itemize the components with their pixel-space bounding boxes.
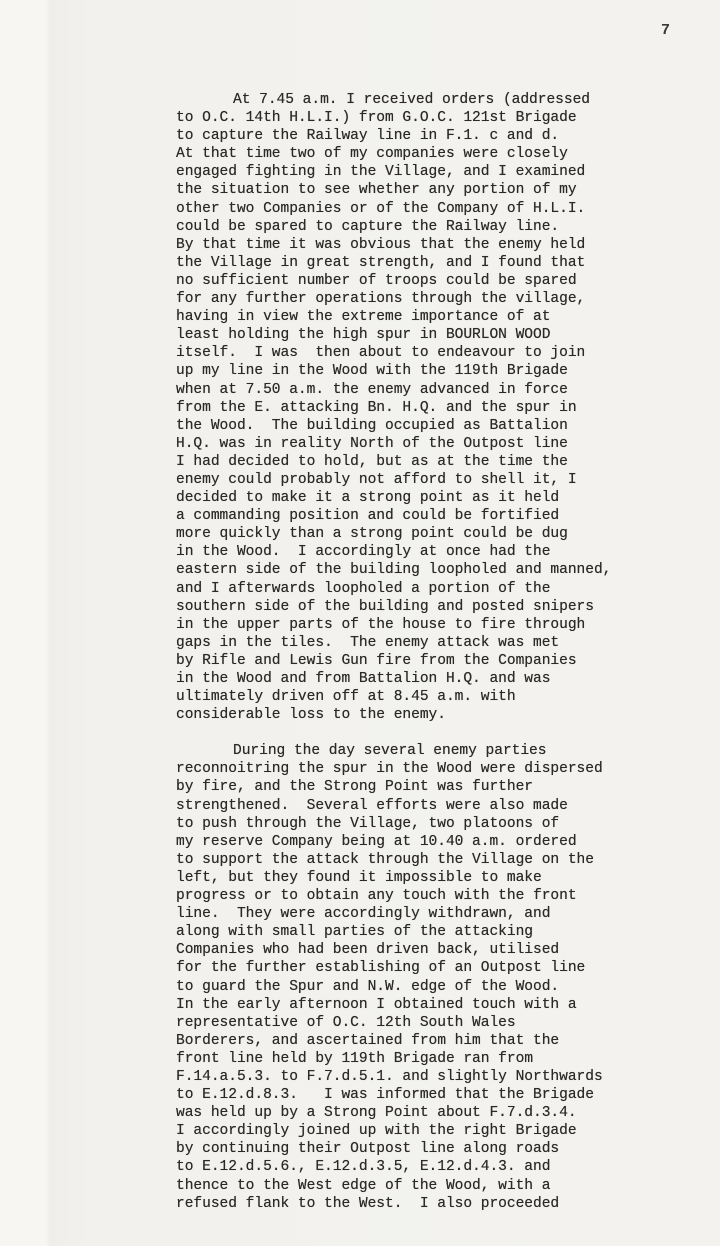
text-line: enemy could probably not afford to shell… (176, 471, 720, 489)
text-line: decided to make it a strong point as it … (176, 489, 720, 507)
text-line: to E.12.d.5.6., E.12.d.3.5, E.12.d.4.3. … (176, 1158, 720, 1176)
text-line: other two Companies or of the Company of… (176, 200, 720, 218)
text-line: a commanding position and could be forti… (176, 507, 720, 525)
document-page: 7 At 7.45 a.m. I received orders (addres… (0, 0, 720, 1246)
text-line: was held up by a Strong Point about F.7.… (176, 1104, 720, 1122)
text-line: by Rifle and Lewis Gun fire from the Com… (176, 652, 720, 670)
text-line: line. They were accordingly withdrawn, a… (176, 905, 720, 923)
paragraph-day-operations: During the day several enemy partiesreco… (176, 742, 720, 1212)
text-line: At that time two of my companies were cl… (176, 145, 720, 163)
text-line: in the Wood and from Battalion H.Q. and … (176, 670, 720, 688)
text-line: the Village in great strength, and I fou… (176, 254, 720, 272)
text-line: to push through the Village, two platoon… (176, 815, 720, 833)
text-line: could be spared to capture the Railway l… (176, 218, 720, 236)
text-line: southern side of the building and posted… (176, 598, 720, 616)
text-line: in the upper parts of the house to fire … (176, 616, 720, 634)
text-line: the situation to see whether any portion… (176, 181, 720, 199)
text-line: During the day several enemy parties (176, 742, 720, 760)
text-line: I had decided to hold, but as at the tim… (176, 453, 720, 471)
text-line: I accordingly joined up with the right B… (176, 1122, 720, 1140)
text-line: to capture the Railway line in F.1. c an… (176, 127, 720, 145)
text-line: left, but they found it impossible to ma… (176, 869, 720, 887)
text-line: engaged fighting in the Village, and I e… (176, 163, 720, 181)
text-line: along with small parties of the attackin… (176, 923, 720, 941)
text-line: more quickly than a strong point could b… (176, 525, 720, 543)
text-line: strengthened. Several efforts were also … (176, 797, 720, 815)
text-line: from the E. attacking Bn. H.Q. and the s… (176, 399, 720, 417)
text-line: and I afterwards loopholed a portion of … (176, 580, 720, 598)
text-line: for any further operations through the v… (176, 290, 720, 308)
text-line: thence to the West edge of the Wood, wit… (176, 1177, 720, 1195)
text-line: least holding the high spur in BOURLON W… (176, 326, 720, 344)
text-line: when at 7.50 a.m. the enemy advanced in … (176, 381, 720, 399)
page-number: 7 (661, 22, 670, 39)
text-line: representative of O.C. 12th South Wales (176, 1014, 720, 1032)
text-line: my reserve Company being at 10.40 a.m. o… (176, 833, 720, 851)
text-line: front line held by 119th Brigade ran fro… (176, 1050, 720, 1068)
text-line: reconnoitring the spur in the Wood were … (176, 760, 720, 778)
text-line: to guard the Spur and N.W. edge of the W… (176, 978, 720, 996)
text-line: itself. I was then about to endeavour to… (176, 344, 720, 362)
text-line: to E.12.d.8.3. I was informed that the B… (176, 1086, 720, 1104)
text-line: the Wood. The building occupied as Batta… (176, 417, 720, 435)
text-line: H.Q. was in reality North of the Outpost… (176, 435, 720, 453)
text-line: Companies who had been driven back, util… (176, 941, 720, 959)
text-line: In the early afternoon I obtained touch … (176, 996, 720, 1014)
text-line: by fire, and the Strong Point was furthe… (176, 778, 720, 796)
text-line: to support the attack through the Villag… (176, 851, 720, 869)
document-body: At 7.45 a.m. I received orders (addresse… (176, 91, 720, 1231)
text-line: gaps in the tiles. The enemy attack was … (176, 634, 720, 652)
text-line: refused flank to the West. I also procee… (176, 1195, 720, 1213)
text-line: for the further establishing of an Outpo… (176, 959, 720, 977)
text-line: in the Wood. I accordingly at once had t… (176, 543, 720, 561)
text-line: eastern side of the building loopholed a… (176, 561, 720, 579)
text-line: to O.C. 14th H.L.I.) from G.O.C. 121st B… (176, 109, 720, 127)
text-line: Borderers, and ascertained from him that… (176, 1032, 720, 1050)
text-line: ultimately driven off at 8.45 a.m. with (176, 688, 720, 706)
text-line: considerable loss to the enemy. (176, 706, 720, 724)
text-line: At 7.45 a.m. I received orders (addresse… (176, 91, 720, 109)
text-line: By that time it was obvious that the ene… (176, 236, 720, 254)
text-line: F.14.a.5.3. to F.7.d.5.1. and slightly N… (176, 1068, 720, 1086)
text-line: having in view the extreme importance of… (176, 308, 720, 326)
text-line: by continuing their Outpost line along r… (176, 1140, 720, 1158)
text-line: no sufficient number of troops could be … (176, 272, 720, 290)
paragraph-morning-attack: At 7.45 a.m. I received orders (addresse… (176, 91, 720, 724)
text-line: progress or to obtain any touch with the… (176, 887, 720, 905)
text-line: up my line in the Wood with the 119th Br… (176, 362, 720, 380)
